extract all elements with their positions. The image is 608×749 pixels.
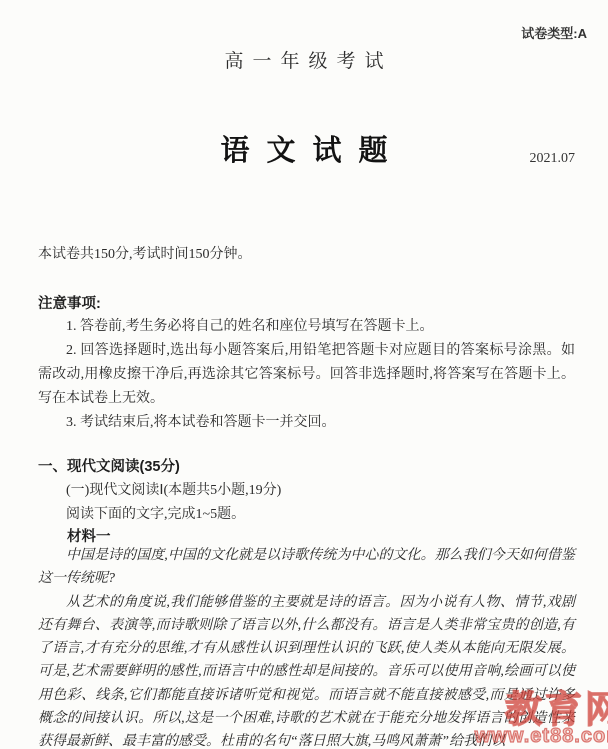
exam-summary-line: 本试卷共150分,考试时间150分钟。: [38, 243, 575, 263]
note-item-2: 2. 回答选择题时,选出每小题答案后,用铅笔把答题卡对应题目的答案标号涂黑。如需…: [38, 339, 575, 411]
paper-type-label: 试卷类型:A: [521, 23, 587, 42]
notes-heading: 注意事项:: [38, 292, 101, 313]
section-heading-modern-reading: 一、现代文阅读(35分): [38, 455, 180, 476]
section-subheading: (一)现代文阅读Ⅰ(本题共5小题,19分): [38, 479, 575, 499]
passage-paragraph-2: 从艺术的角度说,我们能够借鉴的主要就是诗的语言。因为小说有人物、情节,戏剧还有舞…: [38, 591, 575, 749]
passage-paragraph-1: 中国是诗的国度,中国的文化就是以诗歌传统为中心的文化。那么我们今天如何借鉴这一传…: [38, 544, 575, 591]
note-item-3: 3. 考试结束后,将本试卷和答题卡一并交回。: [38, 411, 575, 435]
notes-list: 1. 答卷前,考生务必将自己的姓名和座位号填写在答题卡上。 2. 回答选择题时,…: [38, 315, 575, 435]
note-item-1: 1. 答卷前,考生务必将自己的姓名和座位号填写在答题卡上。: [38, 315, 575, 339]
page-title: 语文试题: [0, 128, 608, 169]
exam-date: 2021.07: [530, 151, 576, 167]
exam-paper-page: 试卷类型:A 高一年级考试 语文试题 2021.07 本试卷共150分,考试时间…: [0, 0, 608, 749]
section-instruction: 阅读下面的文字,完成1~5题。: [38, 503, 575, 523]
material-one-label: 材料一: [38, 525, 575, 546]
reading-passage: 中国是诗的国度,中国的文化就是以诗歌传统为中心的文化。那么我们今天如何借鉴这一传…: [38, 544, 575, 749]
exam-level-title: 高一年级考试: [0, 46, 608, 73]
